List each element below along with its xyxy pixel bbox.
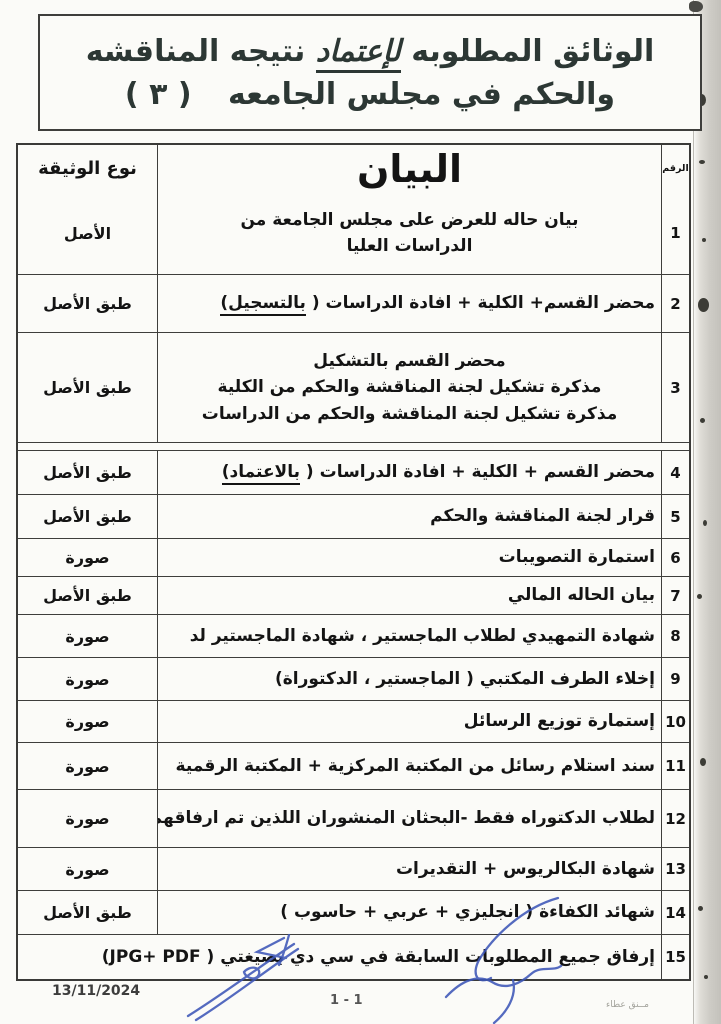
- table-row: 1بيان حاله للعرض على مجلس الجامعة منالدر…: [18, 192, 689, 274]
- statement-line: سند استلام رسائل من المكتبة المركزية + ا…: [164, 753, 655, 779]
- scan-speck: [702, 238, 706, 242]
- table-header-row: الرقم البيان نوع الوثيقة: [18, 145, 689, 192]
- header-statement: البيان: [157, 145, 661, 192]
- row-statement: محضر القسم+ الكلية + افادة الدراسات ( با…: [157, 275, 661, 332]
- scan-speck: [699, 160, 705, 164]
- row-number: 13: [661, 848, 689, 890]
- title-line-1: الوثائق المطلوبه لإعتماد نتيجه المناقشه: [86, 35, 655, 68]
- table-row: 13شهادة البكالريوس + التقديراتصورة: [18, 847, 689, 890]
- scan-speck: [700, 758, 706, 766]
- table-rows: 1بيان حاله للعرض على مجلس الجامعة منالدر…: [18, 192, 689, 979]
- row-statement: شهادة التمهيدي لطلاب الماجستير ، شهادة ا…: [157, 615, 661, 657]
- scanned-document-page: الوثائق المطلوبه لإعتماد نتيجه المناقشه …: [0, 0, 721, 1024]
- scan-speck: [703, 520, 707, 526]
- row-number: 9: [661, 658, 689, 700]
- document-title-box: الوثائق المطلوبه لإعتماد نتيجه المناقشه …: [38, 14, 702, 131]
- row-doc-type: طبق الأصل: [18, 333, 157, 442]
- title-line1-pre: الوثائق المطلوبه: [411, 34, 654, 69]
- row-doc-type: طبق الأصل: [18, 275, 157, 332]
- row-doc-type: صورة: [18, 539, 157, 576]
- table-row: 2محضر القسم+ الكلية + افادة الدراسات ( ب…: [18, 274, 689, 332]
- row-statement: إستمارة توزيع الرسائل: [157, 701, 661, 742]
- statement-line: شهائد الكفاءة ( انجليزي + عربي + حاسوب ): [164, 899, 655, 925]
- documents-table: الرقم البيان نوع الوثيقة 1بيان حاله للعر…: [16, 143, 691, 981]
- statement-line: لطلاب الدكتوراه فقط -البحثان المنشوران ا…: [164, 805, 655, 831]
- statement-line: شهادة التمهيدي لطلاب الماجستير ، شهادة ا…: [164, 623, 655, 649]
- row-statement: محضر القسم بالتشكيلمذكرة تشكيل لجنة المن…: [157, 333, 661, 442]
- statement-line: الدراسات العليا: [164, 233, 655, 259]
- statement-line: بيان حاله للعرض على مجلس الجامعة من: [164, 207, 655, 233]
- header-number: الرقم: [661, 145, 689, 192]
- statement-underlined-part: بالتسجيل): [220, 293, 306, 316]
- title-line1-post: نتيجه المناقشه: [86, 34, 306, 69]
- title-line1-underlined: لإعتماد: [316, 34, 401, 73]
- footer-note: مــنق عطاء: [606, 1000, 649, 1010]
- row-statement: استمارة التصويبات: [157, 539, 661, 576]
- statement-line: محضر القسم بالتشكيل: [164, 348, 655, 374]
- row-number: 5: [661, 495, 689, 538]
- row-doc-type: صورة: [18, 658, 157, 700]
- title-line2-text: والحكم في مجلس الجامعه: [228, 77, 615, 112]
- table-row: 9إخلاء الطرف المكتبي ( الماجستير ، الدكت…: [18, 657, 689, 700]
- row-doc-type: صورة: [18, 743, 157, 789]
- row-doc-type: طبق الأصل: [18, 891, 157, 934]
- title-sequence-number: ( ٣ ): [125, 77, 192, 112]
- scan-speck: [697, 594, 702, 599]
- row-number: 10: [661, 701, 689, 742]
- scan-corner-mark: [689, 1, 703, 12]
- row-doc-type: الأصل: [18, 192, 157, 274]
- statement-line: شهادة البكالريوس + التقديرات: [164, 856, 655, 882]
- statement-part: محضر القسم+ الكلية + افادة الدراسات (: [306, 293, 655, 313]
- header-doc-type: نوع الوثيقة: [18, 145, 157, 192]
- row-statement: سند استلام رسائل من المكتبة المركزية + ا…: [157, 743, 661, 789]
- table-row: 4محضر القسم + الكلية + افادة الدراسات ( …: [18, 450, 689, 494]
- table-row: 12لطلاب الدكتوراه فقط -البحثان المنشوران…: [18, 789, 689, 847]
- statement-line: مذكرة تشكيل لجنة المناقشة والحكم من الكل…: [164, 374, 655, 400]
- row-number: 4: [661, 451, 689, 494]
- row-number: 6: [661, 539, 689, 576]
- row-number: 7: [661, 577, 689, 614]
- statement-line: بيان الحاله المالي: [164, 582, 655, 608]
- title-line-2: والحكم في مجلس الجامعه ( ٣ ): [125, 78, 615, 111]
- row-statement: إخلاء الطرف المكتبي ( الماجستير ، الدكتو…: [157, 658, 661, 700]
- row-number: 11: [661, 743, 689, 789]
- row-number: 15: [661, 935, 689, 979]
- scan-speck: [700, 418, 705, 423]
- statement-underlined-part: بالاعتماد): [222, 462, 300, 485]
- table-row: 6استمارة التصويباتصورة: [18, 538, 689, 576]
- row-statement: إرفاق جميع المطلوبات السابقة في سي دي بص…: [18, 935, 661, 979]
- statement-line: استمارة التصويبات: [164, 544, 655, 570]
- footer-page-number: 1 - 1: [330, 993, 363, 1008]
- scan-speck: [698, 906, 703, 911]
- row-doc-type: طبق الأصل: [18, 451, 157, 494]
- row-number: 12: [661, 790, 689, 847]
- row-doc-type: صورة: [18, 615, 157, 657]
- row-statement: قرار لجنة المناقشة والحكم: [157, 495, 661, 538]
- scan-edge-band: [693, 0, 721, 1024]
- row-statement: شهادة البكالريوس + التقديرات: [157, 848, 661, 890]
- row-number: 14: [661, 891, 689, 934]
- row-doc-type: طبق الأصل: [18, 577, 157, 614]
- table-row: 15إرفاق جميع المطلوبات السابقة في سي دي …: [18, 934, 689, 979]
- table-row: 14شهائد الكفاءة ( انجليزي + عربي + حاسوب…: [18, 890, 689, 934]
- table-row: 10إستمارة توزيع الرسائلصورة: [18, 700, 689, 742]
- row-number: 8: [661, 615, 689, 657]
- row-statement: بيان حاله للعرض على مجلس الجامعة منالدرا…: [157, 192, 661, 274]
- row-doc-type: صورة: [18, 790, 157, 847]
- statement-line: قرار لجنة المناقشة والحكم: [164, 503, 655, 529]
- statement-line: إستمارة توزيع الرسائل: [164, 708, 655, 734]
- row-statement: شهائد الكفاءة ( انجليزي + عربي + حاسوب ): [157, 891, 661, 934]
- row-number: 1: [661, 192, 689, 274]
- statement-part: محضر القسم + الكلية + افادة الدراسات (: [300, 462, 655, 482]
- row-number: 2: [661, 275, 689, 332]
- row-statement: لطلاب الدكتوراه فقط -البحثان المنشوران ا…: [157, 790, 661, 847]
- table-row: 3محضر القسم بالتشكيلمذكرة تشكيل لجنة الم…: [18, 332, 689, 442]
- scan-speck: [704, 975, 708, 979]
- row-statement: محضر القسم + الكلية + افادة الدراسات ( ب…: [157, 451, 661, 494]
- table-row: 5قرار لجنة المناقشة والحكمطبق الأصل: [18, 494, 689, 538]
- row-doc-type: صورة: [18, 701, 157, 742]
- table-row: 8شهادة التمهيدي لطلاب الماجستير ، شهادة …: [18, 614, 689, 657]
- row-statement: بيان الحاله المالي: [157, 577, 661, 614]
- statement-line: إخلاء الطرف المكتبي ( الماجستير ، الدكتو…: [164, 666, 655, 692]
- statement-line: مذكرة تشكيل لجنة المناقشة والحكم من الدر…: [164, 401, 655, 427]
- table-row: 11سند استلام رسائل من المكتبة المركزية +…: [18, 742, 689, 789]
- scan-speck: [698, 298, 709, 312]
- statement-line: إرفاق جميع المطلوبات السابقة في سي دي بص…: [24, 944, 655, 970]
- row-number: 3: [661, 333, 689, 442]
- table-row: 7بيان الحاله الماليطبق الأصل: [18, 576, 689, 614]
- table-section-gap: [18, 442, 689, 450]
- row-doc-type: طبق الأصل: [18, 495, 157, 538]
- row-doc-type: صورة: [18, 848, 157, 890]
- footer-date: 13/11/2024: [52, 983, 140, 999]
